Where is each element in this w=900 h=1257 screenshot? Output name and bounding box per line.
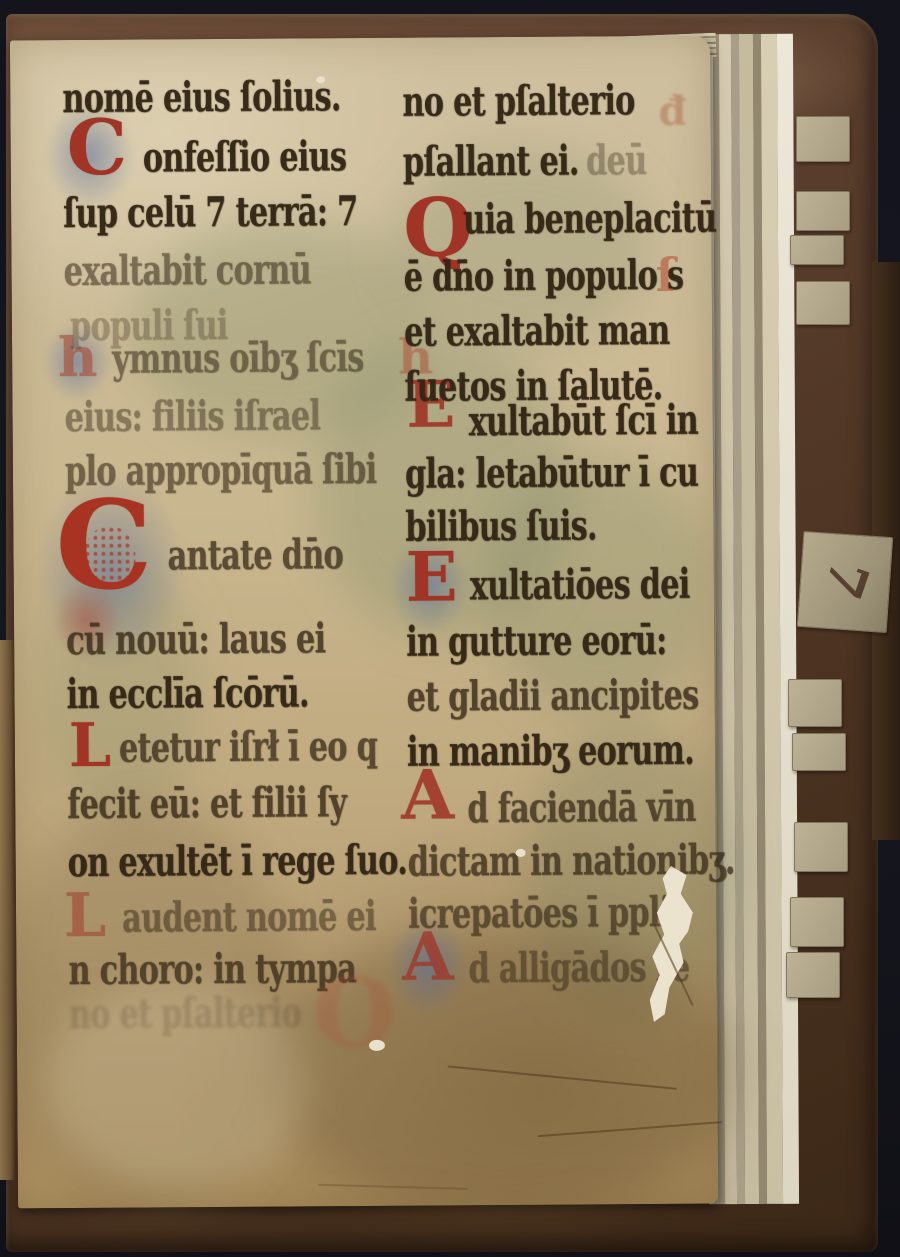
damage-fleck — [516, 849, 526, 857]
manuscript-text-line: dictam in nationibʒ. — [408, 835, 850, 894]
manuscript-text-line: d faciendā vīn — [467, 782, 776, 840]
manuscript-text-line: ē dn̄o in populo s — [403, 250, 781, 309]
manuscript-text-line: et exaltabit man — [404, 305, 763, 364]
red-offset-ghost: ſ — [655, 248, 675, 302]
manuscript-text-line: nomē eius ſolius. — [62, 71, 438, 130]
manuscript-text-line: et gladii ancipites — [406, 670, 801, 729]
red-offset-ghost: O — [312, 956, 396, 1070]
damage-fleck — [369, 1040, 385, 1051]
manuscript-text-line: onfeſſio eius — [143, 132, 418, 190]
damage-fleck — [316, 76, 325, 83]
manuscript-page: C h C L L nomē eius ſolius. onfeſſio eiu… — [10, 36, 718, 1209]
tab-number: 7 — [807, 541, 883, 617]
manuscript-text-line: ſup celū 7 terrā: 7 — [63, 186, 461, 245]
manuscript-text-line: gla: letabūtur ī cu — [405, 447, 801, 506]
manuscript-text-line: bilibus ſuis. — [405, 501, 664, 559]
manuscript-text-line: in manibʒ eorum. — [407, 725, 795, 784]
manuscript-text-line: fecit eū: et filii ſy — [67, 777, 444, 836]
index-tab — [796, 281, 850, 325]
manuscript-text-line: in gutture eorū: — [406, 615, 758, 673]
manuscript-text-line: in ecclīa ſcōrū. — [66, 668, 394, 726]
manuscript-text-line: icrepatōes ī pplis — [408, 887, 785, 946]
manuscript-text-line: eius: filiis iſrael — [64, 391, 410, 449]
text-column-left: C h C L L nomē eius ſolius. onfeſſio eiu… — [62, 38, 404, 1060]
manuscript-text-line: exaltabit cornū — [63, 245, 398, 303]
red-offset-ghost: đ — [658, 88, 686, 135]
index-tab-labeled: 7 — [797, 531, 893, 633]
index-tab — [786, 952, 840, 998]
manuscript-text-line: uia beneplacitū — [463, 193, 805, 251]
index-tab — [792, 733, 846, 771]
manuscript-photo: 7 C h C L L nomē eius ſolius. onfeſſio e — [0, 0, 900, 1257]
manuscript-text-line: cū nouū: laus ei — [66, 614, 417, 672]
index-tab — [790, 897, 844, 947]
manuscript-text-line: antate dn̄o — [167, 530, 404, 588]
manuscript-text-line: d alligādos re — [468, 942, 767, 1000]
illuminated-initial-L: L — [64, 886, 107, 946]
manuscript-text-line: xultatiōes dei — [470, 559, 767, 617]
manuscript-text-line: pſallant ei.deū — [403, 135, 732, 193]
index-tab — [796, 116, 850, 162]
manuscript-text-line: xultabūt ſcī in — [468, 395, 778, 453]
